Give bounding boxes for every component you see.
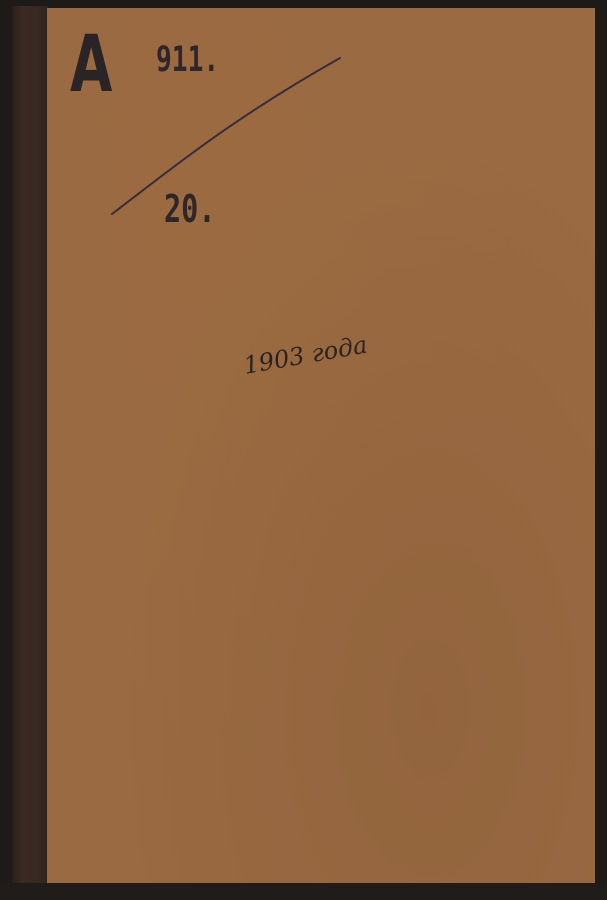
pencil-slash-mark <box>0 0 607 900</box>
